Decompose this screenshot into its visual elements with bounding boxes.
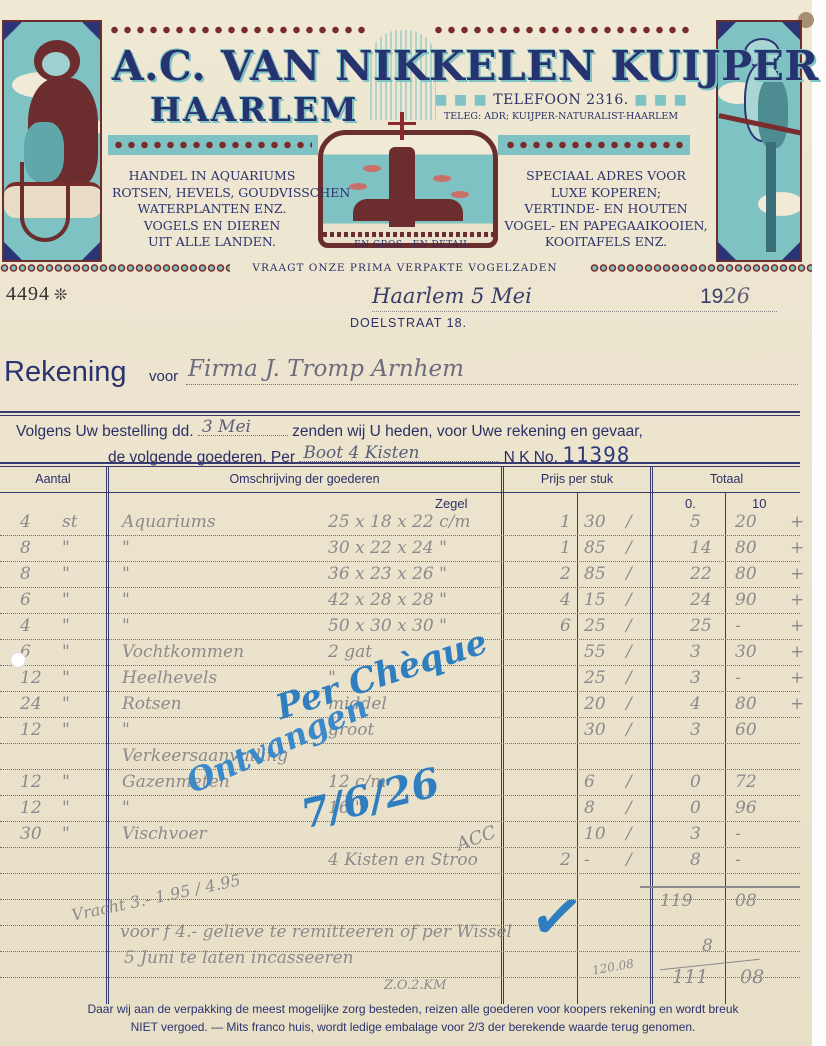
fish-icon bbox=[451, 191, 469, 198]
description-cell: " bbox=[122, 564, 130, 584]
unit-cell: " bbox=[62, 694, 70, 714]
company-name: A.C. VAN NIKKELEN KUIJPER bbox=[112, 42, 692, 90]
corner-ornament-icon bbox=[718, 22, 736, 40]
total-cents-cell: 80 bbox=[735, 538, 757, 558]
corner-ornament-icon bbox=[82, 22, 100, 40]
corner-ornament-icon bbox=[4, 22, 22, 40]
corner-ornament-icon bbox=[718, 242, 736, 260]
size-cell: 42 x 28 x 28 " bbox=[328, 590, 447, 610]
total-guilders-cell: 5 bbox=[690, 512, 701, 532]
shipping-field: Boot 4 Kisten bbox=[299, 448, 499, 462]
unit-cell: " bbox=[62, 798, 70, 818]
price-cents-cell: 10 bbox=[584, 824, 606, 844]
qty-cell: 12 bbox=[20, 798, 42, 818]
fish-icon bbox=[363, 165, 381, 172]
cloud bbox=[758, 192, 802, 216]
voor-label: voor bbox=[149, 368, 178, 385]
unit-cell: st bbox=[62, 512, 78, 532]
zegel-label: Zegel bbox=[435, 496, 468, 511]
invoice-number: 4494❊ bbox=[6, 283, 68, 306]
total-cents-cell: 90 bbox=[735, 590, 757, 610]
aquarium-rim bbox=[323, 232, 493, 237]
sum-line bbox=[640, 886, 800, 888]
size-cell: 4 Kisten en Stroo bbox=[328, 850, 478, 870]
total-cents-cell: 72 bbox=[735, 772, 757, 792]
per-mark: / bbox=[626, 668, 632, 688]
total-guilders-cell: 8 bbox=[690, 850, 701, 870]
services-left: HANDEL IN AQUARIUMS ROTSEN, HEVELS, GOUD… bbox=[112, 168, 312, 251]
unit-cell: " bbox=[62, 590, 70, 610]
total-guilders-cell: 24 bbox=[690, 590, 712, 610]
header-omschrijving: Omschrijving der goederen bbox=[108, 472, 501, 486]
monkey-illustration bbox=[2, 20, 102, 262]
table-row: 12""groot30/360 bbox=[0, 718, 800, 744]
price-guilders-cell: 4 bbox=[560, 590, 571, 610]
qty-cell: 24 bbox=[20, 694, 42, 714]
final-total-cents: 08 bbox=[740, 966, 764, 988]
square-ornament-icon: ■ ■ ■ bbox=[629, 92, 688, 108]
total-guilders-cell: 0 bbox=[690, 798, 701, 818]
price-cents-cell: - bbox=[584, 850, 590, 870]
unit-cell: " bbox=[62, 538, 70, 558]
date-dotted-line bbox=[372, 311, 777, 312]
total-guilders-cell: 3 bbox=[690, 720, 701, 740]
total-guilders-cell: 0 bbox=[690, 772, 701, 792]
banner-dot-border bbox=[432, 25, 690, 35]
description-cell: " bbox=[122, 538, 130, 558]
checkmark-icon: ✓ bbox=[525, 877, 589, 959]
punch-hole bbox=[10, 652, 26, 668]
table-row: 24"Rotsenmiddel20/480+ bbox=[0, 692, 800, 718]
place-date: Haarlem 5 Mei bbox=[372, 284, 532, 308]
header-prijs: Prijs per stuk bbox=[504, 472, 650, 486]
rule bbox=[0, 411, 800, 413]
description-cell: Vischvoer bbox=[122, 824, 207, 844]
qty-cell: 12 bbox=[20, 668, 42, 688]
qty-cell: 12 bbox=[20, 772, 42, 792]
customer-dotted-line bbox=[186, 384, 798, 385]
fish-icon bbox=[433, 175, 451, 182]
subtotal-cents: 08 bbox=[735, 891, 757, 911]
fish-icon bbox=[349, 183, 367, 190]
corner-ornament-icon bbox=[782, 22, 800, 40]
remit-note: voor f 4.- gelieve te remitteeren of per… bbox=[120, 922, 512, 942]
size-cell: 50 x 30 x 30 " bbox=[328, 616, 447, 636]
total-guilders-cell: 3 bbox=[690, 824, 701, 844]
order-line-1: Volgens Uw bestelling dd. 3 Mei zenden w… bbox=[16, 422, 796, 441]
table-row: 4 Kisten en Stroo2-/8- bbox=[0, 848, 800, 874]
check-mark: + bbox=[790, 590, 804, 610]
total-cents-cell: - bbox=[735, 850, 741, 870]
price-cents-cell: 25 bbox=[584, 616, 606, 636]
total-cents-cell: 30 bbox=[735, 642, 757, 662]
rock-base bbox=[353, 199, 463, 221]
description-cell: Aquariums bbox=[122, 512, 216, 532]
banner-dot-border bbox=[112, 140, 312, 150]
total-guilders-cell: 14 bbox=[690, 538, 712, 558]
banner-dot-border bbox=[108, 25, 368, 35]
total-cents-cell: - bbox=[735, 824, 741, 844]
telephone: ■ ■ ■ TELEFOON 2316. ■ ■ ■ bbox=[430, 92, 692, 108]
per-mark: / bbox=[626, 642, 632, 662]
total-guilders-cell: 3 bbox=[690, 642, 701, 662]
price-guilders-cell: 2 bbox=[560, 564, 571, 584]
price-cents-cell: 85 bbox=[584, 538, 606, 558]
unit-cell: " bbox=[62, 772, 70, 792]
total-cents-cell: - bbox=[735, 616, 741, 636]
subtotal-guilders: 119 bbox=[660, 891, 692, 911]
corner-ornament-icon bbox=[782, 242, 800, 260]
check-mark: + bbox=[790, 642, 804, 662]
total-cents-cell: 20 bbox=[735, 512, 757, 532]
price-cents-cell: 8 bbox=[584, 798, 595, 818]
header-aantal: Aantal bbox=[0, 472, 106, 486]
price-cents-cell: 15 bbox=[584, 590, 606, 610]
unit-cell: " bbox=[62, 616, 70, 636]
price-cents-cell: 85 bbox=[584, 564, 606, 584]
description-cell: Vochtkommen bbox=[122, 642, 244, 662]
check-mark: + bbox=[790, 694, 804, 714]
header-totaal: Totaal bbox=[653, 472, 800, 486]
services-right: SPECIAAL ADRES VOOR LUXE KOPEREN; VERTIN… bbox=[496, 168, 716, 251]
price-cents-cell: 30 bbox=[584, 720, 606, 740]
paper-edge bbox=[812, 0, 826, 1046]
cross-ornament-icon bbox=[400, 112, 404, 140]
price-cents-cell: 30 bbox=[584, 512, 606, 532]
footer-terms: Daar wij aan de verpakking de meest moge… bbox=[0, 1000, 826, 1036]
table-row: 30"Vischvoer10/3- bbox=[0, 822, 800, 848]
monkey-face bbox=[42, 52, 70, 76]
banner-dot-border bbox=[504, 140, 684, 150]
per-mark: / bbox=[626, 564, 632, 584]
per-mark: / bbox=[626, 850, 632, 870]
description-cell: " bbox=[122, 616, 130, 636]
corner-ornament-icon bbox=[4, 242, 22, 260]
rule bbox=[0, 415, 800, 416]
price-cents-cell: 25 bbox=[584, 668, 606, 688]
check-mark: + bbox=[790, 538, 804, 558]
qty-cell: 30 bbox=[20, 824, 42, 844]
company-city: HAARLEM bbox=[150, 90, 359, 129]
qty-cell: 6 bbox=[20, 590, 31, 610]
price-cents-cell: 6 bbox=[584, 772, 595, 792]
wholesale-caption: EN GROS · EN DETAIL bbox=[332, 240, 492, 250]
description-cell: Rotsen bbox=[122, 694, 182, 714]
per-mark: / bbox=[626, 824, 632, 844]
header-rule bbox=[0, 492, 800, 493]
total-guilders-cell: 3 bbox=[690, 668, 701, 688]
per-mark: / bbox=[626, 694, 632, 714]
price-cents-cell: 20 bbox=[584, 694, 606, 714]
order-date-field: 3 Mei bbox=[198, 422, 288, 436]
street-address: DOELSTRAAT 18. bbox=[350, 316, 467, 330]
cross-ornament-icon bbox=[388, 122, 416, 125]
corner-ornament-icon bbox=[82, 242, 100, 260]
collect-note: 5 Juni te laten incasseeren bbox=[124, 948, 354, 968]
total-cents-cell: 96 bbox=[735, 798, 757, 818]
table-row: 6""42 x 28 x 28 "415/2490+ bbox=[0, 588, 800, 614]
square-ornament-icon: ■ ■ ■ bbox=[434, 92, 493, 108]
table-row: 8""36 x 23 x 26 "285/2280+ bbox=[0, 562, 800, 588]
per-mark: / bbox=[626, 512, 632, 532]
invoice-title: Rekening bbox=[4, 356, 127, 389]
description-cell: Heelhevels bbox=[122, 668, 217, 688]
size-cell: 30 x 22 x 24 " bbox=[328, 538, 447, 558]
unit-cell: " bbox=[62, 668, 70, 688]
per-mark: / bbox=[626, 538, 632, 558]
check-mark: + bbox=[790, 668, 804, 688]
total-cents-cell: 80 bbox=[735, 564, 757, 584]
total-guilders-cell: 22 bbox=[690, 564, 712, 584]
deduction-guilders: 8 bbox=[702, 936, 713, 956]
qty-cell: 8 bbox=[20, 564, 31, 584]
table-row: 4stAquariums25 x 18 x 22 c/m130/520+ bbox=[0, 510, 800, 536]
total-cents-cell: 60 bbox=[735, 720, 757, 740]
description-cell: " bbox=[122, 720, 130, 740]
total-cents-cell: 80 bbox=[735, 694, 757, 714]
qty-cell: 8 bbox=[20, 538, 31, 558]
description-cell: " bbox=[122, 590, 130, 610]
tagline: VRAAGT ONZE PRIMA VERPAKTE VOGELZADEN bbox=[100, 262, 710, 274]
rule bbox=[0, 462, 800, 464]
zegel-cents: 10 bbox=[752, 496, 766, 511]
size-cell: 25 x 18 x 22 c/m bbox=[328, 512, 470, 532]
price-guilders-cell: 1 bbox=[560, 512, 571, 532]
final-total-guilders: 111 bbox=[672, 966, 708, 988]
unit-cell: " bbox=[62, 720, 70, 740]
price-guilders-cell: 2 bbox=[560, 850, 571, 870]
unit-cell: " bbox=[62, 824, 70, 844]
size-cell: 36 x 23 x 26 " bbox=[328, 564, 447, 584]
year: 1926 bbox=[700, 284, 750, 309]
table-row: 8""30 x 22 x 24 "185/1480+ bbox=[0, 536, 800, 562]
parrot-tail bbox=[766, 142, 776, 252]
per-mark: / bbox=[626, 772, 632, 792]
check-mark: + bbox=[790, 564, 804, 584]
total-guilders-cell: 25 bbox=[690, 616, 712, 636]
check-mark: + bbox=[790, 512, 804, 532]
zegel-guilders: 0. bbox=[685, 496, 696, 511]
description-cell: " bbox=[122, 798, 130, 818]
price-guilders-cell: 1 bbox=[560, 538, 571, 558]
per-mark: / bbox=[626, 616, 632, 636]
qty-cell: 12 bbox=[20, 720, 42, 740]
customer-name: Firma J. Tromp Arnhem bbox=[188, 356, 464, 382]
per-mark: / bbox=[626, 590, 632, 610]
unit-cell: " bbox=[62, 642, 70, 662]
unit-cell: " bbox=[62, 564, 70, 584]
total-guilders-cell: 4 bbox=[690, 694, 701, 714]
total-cents-cell: - bbox=[735, 668, 741, 688]
telegram-address: TELEG: ADR; KUIJPER-NATURALIST-HAARLEM bbox=[430, 111, 692, 122]
price-guilders-cell: 6 bbox=[560, 616, 571, 636]
table-row: 4""50 x 30 x 30 "625/25-+ bbox=[0, 614, 800, 640]
per-mark: / bbox=[626, 798, 632, 818]
stamp-note: Z.O.2.KM bbox=[384, 978, 446, 993]
check-mark: + bbox=[790, 616, 804, 636]
qty-cell: 4 bbox=[20, 616, 31, 636]
asterisk-icon: ❊ bbox=[54, 287, 68, 304]
qty-cell: 4 bbox=[20, 512, 31, 532]
price-cents-cell: 55 bbox=[584, 642, 606, 662]
monkey-tail bbox=[20, 162, 70, 242]
per-mark: / bbox=[626, 720, 632, 740]
